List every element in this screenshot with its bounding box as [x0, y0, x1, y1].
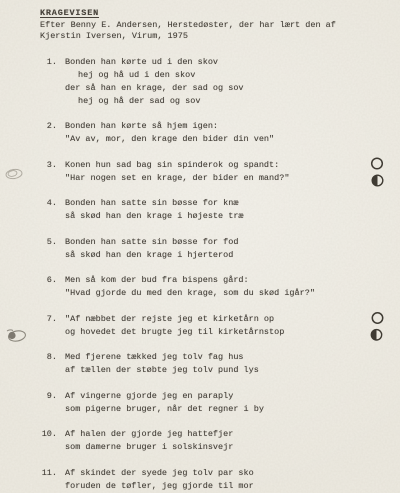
- verse-lines: Konen hun sad bag sin spinderok og spand…: [65, 159, 289, 185]
- verse-line: Af vingerne gjorde jeg en paraply: [65, 390, 264, 403]
- verse-line: så skød han den krage i højeste træ: [65, 210, 244, 223]
- verse-line: Bonden han satte sin bøsse for fod: [65, 236, 238, 249]
- verse-row: 1.Bonden han kørte ud i den skovhej og h…: [24, 56, 400, 108]
- verse-line: Bonden han kørte ud i den skov: [65, 56, 244, 69]
- verse-line: Bonden han kørte så hjem igen:: [65, 120, 274, 133]
- verse-list: 1.Bonden han kørte ud i den skovhej og h…: [0, 56, 400, 493]
- verse-line: som pigerne bruger, når det regner i by: [65, 403, 264, 416]
- verse-line: "Har nogen set en krage, der bider en ma…: [65, 172, 289, 185]
- scanned-document-page: KRAGEVISEN Efter Benny E. Andersen, Hers…: [0, 0, 400, 493]
- verse-number: 9.: [24, 390, 57, 416]
- song-title: KRAGEVISEN: [40, 8, 400, 20]
- verse-line: hej og hå der sad og sov: [65, 95, 244, 108]
- verse-number: 5.: [24, 236, 57, 262]
- verse-line: Men så kom der bud fra bispens gård:: [65, 274, 315, 287]
- verse-line: "Av av, mor, den krage den bider din ven…: [65, 133, 274, 146]
- verse-number: 7.: [24, 313, 57, 339]
- verse-line: Af halen der gjorde jeg hattefjer: [65, 428, 233, 441]
- verse-lines: Bonden han kørte ud i den skovhej og hå …: [65, 56, 244, 108]
- verse-lines: Med fjerene tækked jeg tolv fag husaf tæ…: [65, 351, 259, 377]
- verse-line: Af skindet der syede jeg tolv par sko: [65, 467, 254, 480]
- verse-line: der så han en krage, der sad og sov: [65, 82, 244, 95]
- source-attribution-line-2: Kjerstin Iversen, Virum, 1975: [40, 31, 400, 43]
- verse-number: 10.: [24, 428, 57, 454]
- verse-line: Konen hun sad bag sin spinderok og spand…: [65, 159, 289, 172]
- verse-row: 11.Af skindet der syede jeg tolv par sko…: [24, 467, 400, 493]
- verse-lines: Men så kom der bud fra bispens gård:"Hva…: [65, 274, 315, 300]
- verse-line: af tællen der støbte jeg tolv pund lys: [65, 364, 259, 377]
- verse-number: 2.: [24, 120, 57, 146]
- verse-line: "Hvad gjorde du med den krage, som du sk…: [65, 287, 315, 300]
- verse-lines: Af vingerne gjorde jeg en paraplysom pig…: [65, 390, 264, 416]
- verse-line: så skød han den krage i hjerterod: [65, 249, 238, 262]
- verse-lines: Bonden han kørte så hjem igen:"Av av, mo…: [65, 120, 274, 146]
- verse-lines: Bonden han satte sin bøsse for fodså skø…: [65, 236, 238, 262]
- document-content: KRAGEVISEN Efter Benny E. Andersen, Hers…: [0, 0, 400, 493]
- verse-row: 6.Men så kom der bud fra bispens gård:"H…: [24, 274, 400, 300]
- verse-row: 8.Med fjerene tækked jeg tolv fag husaf …: [24, 351, 400, 377]
- verse-number: 11.: [24, 467, 57, 493]
- document-header: KRAGEVISEN Efter Benny E. Andersen, Hers…: [0, 0, 400, 43]
- verse-line: som damerne bruger i solskinsvejr: [65, 441, 233, 454]
- verse-lines: Af halen der gjorde jeg hattefjersom dam…: [65, 428, 233, 454]
- verse-row: 5.Bonden han satte sin bøsse for fodså s…: [24, 236, 400, 262]
- verse-row: 7."Af næbbet der rejste jeg et kirketårn…: [24, 313, 400, 339]
- verse-row: 10.Af halen der gjorde jeg hattefjersom …: [24, 428, 400, 454]
- verse-line: Med fjerene tækked jeg tolv fag hus: [65, 351, 259, 364]
- verse-number: 8.: [24, 351, 57, 377]
- verse-number: 1.: [24, 56, 57, 108]
- verse-number: 3.: [24, 159, 57, 185]
- verse-number: 4.: [24, 197, 57, 223]
- verse-row: 9.Af vingerne gjorde jeg en paraplysom p…: [24, 390, 400, 416]
- verse-line: Bonden han satte sin bøsse for knæ: [65, 197, 244, 210]
- verse-row: 4.Bonden han satte sin bøsse for knæså s…: [24, 197, 400, 223]
- verse-lines: Bonden han satte sin bøsse for knæså skø…: [65, 197, 244, 223]
- verse-line: og hovedet det brugte jeg til kirketårns…: [65, 326, 284, 339]
- verse-row: 3.Konen hun sad bag sin spinderok og spa…: [24, 159, 400, 185]
- verse-lines: "Af næbbet der rejste jeg et kirketårn o…: [65, 313, 284, 339]
- verse-line: foruden de tøfler, jeg gjorde til mor: [65, 480, 254, 493]
- verse-line: "Af næbbet der rejste jeg et kirketårn o…: [65, 313, 284, 326]
- verse-lines: Af skindet der syede jeg tolv par skofor…: [65, 467, 254, 493]
- verse-row: 2.Bonden han kørte så hjem igen:"Av av, …: [24, 120, 400, 146]
- source-attribution-line-1: Efter Benny E. Andersen, Herstedøster, d…: [40, 20, 400, 32]
- verse-line: hej og hå ud i den skov: [65, 69, 244, 82]
- verse-number: 6.: [24, 274, 57, 300]
